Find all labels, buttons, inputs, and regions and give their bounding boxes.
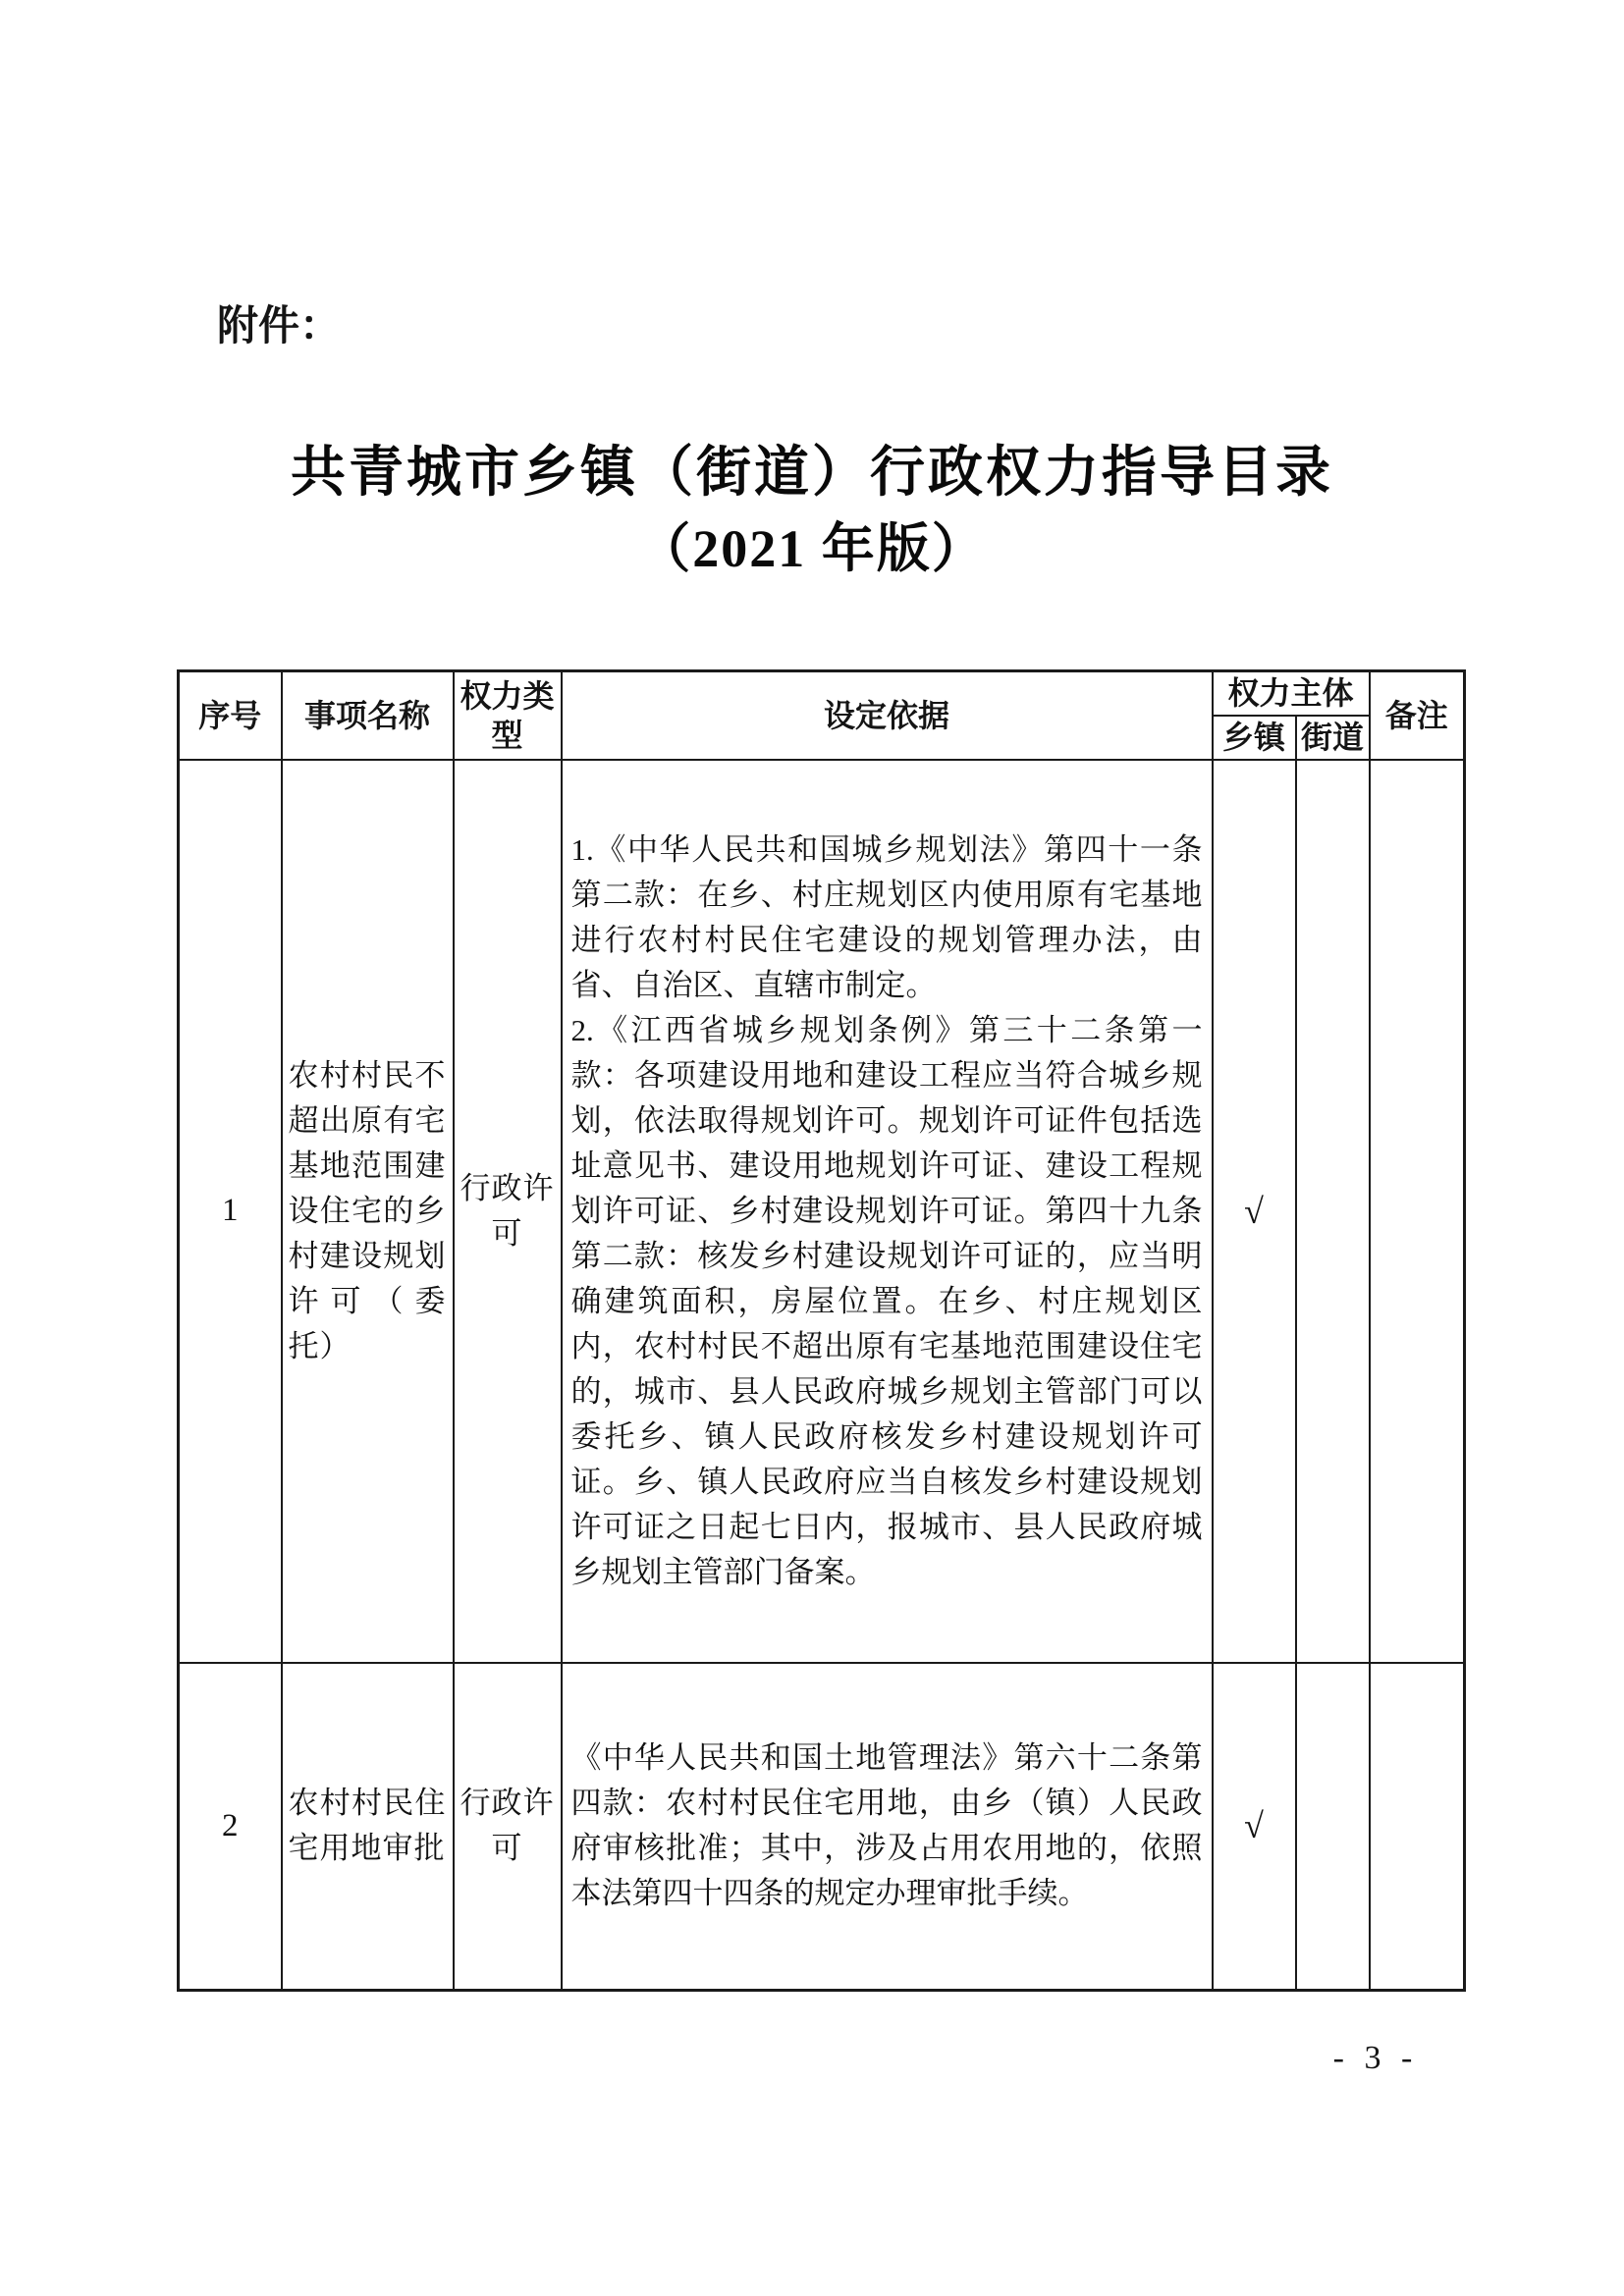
cell-row2-power-type: 行政许可: [454, 1663, 562, 1991]
header-street: 街道: [1296, 716, 1370, 760]
cell-row2-township-check: √: [1213, 1663, 1296, 1991]
power-directory-table: 序号 事项名称 权力类型 设定依据 权力主体 备注 乡镇 街道 1 农村村民不超…: [177, 669, 1466, 1992]
page-number: - 3 -: [1322, 2040, 1430, 2077]
header-township: 乡镇: [1213, 716, 1296, 760]
document-title: 共青城市乡镇（街道）行政权力指导目录 （2021 年版）: [0, 437, 1624, 588]
cell-row1-street-check: [1296, 760, 1370, 1663]
header-power-subject: 权力主体: [1213, 671, 1370, 716]
cell-row1-item-name: 农村村民不超出原有宅基地范围建设住宅的乡村建设规划许可（委托）: [282, 760, 454, 1663]
header-power-type: 权力类型: [454, 671, 562, 760]
title-line-1: 共青城市乡镇（街道）行政权力指导目录: [0, 437, 1624, 509]
cell-row1-township-check: √: [1213, 760, 1296, 1663]
header-remarks: 备注: [1370, 671, 1465, 760]
table-row-2: 2 农村村民住宅用地审批 行政许可 《中华人民共和国土地管理法》第六十二条第四款…: [179, 1663, 1465, 1991]
cell-row1-basis: 1.《中华人民共和国城乡规划法》第四十一条第二款：在乡、村庄规划区内使用原有宅基…: [562, 760, 1213, 1663]
document-page: 附件： 共青城市乡镇（街道）行政权力指导目录 （2021 年版） 序号 事项名称…: [0, 0, 1624, 2296]
cell-row2-street-check: [1296, 1663, 1370, 1991]
cell-row1-remarks: [1370, 760, 1465, 1663]
header-index: 序号: [179, 671, 282, 760]
cell-row1-power-type: 行政许可: [454, 760, 562, 1663]
attachment-label: 附件：: [217, 300, 341, 351]
cell-row1-index: 1: [179, 760, 282, 1663]
header-basis: 设定依据: [562, 671, 1213, 760]
cell-row2-item-name: 农村村民住宅用地审批: [282, 1663, 454, 1991]
cell-row2-remarks: [1370, 1663, 1465, 1991]
table-row-1: 1 农村村民不超出原有宅基地范围建设住宅的乡村建设规划许可（委托） 行政许可 1…: [179, 760, 1465, 1663]
title-line-2: （2021 年版）: [0, 509, 1624, 588]
cell-row2-basis: 《中华人民共和国土地管理法》第六十二条第四款：农村村民住宅用地，由乡（镇）人民政…: [562, 1663, 1213, 1991]
header-item-name: 事项名称: [282, 671, 454, 760]
cell-row2-index: 2: [179, 1663, 282, 1991]
